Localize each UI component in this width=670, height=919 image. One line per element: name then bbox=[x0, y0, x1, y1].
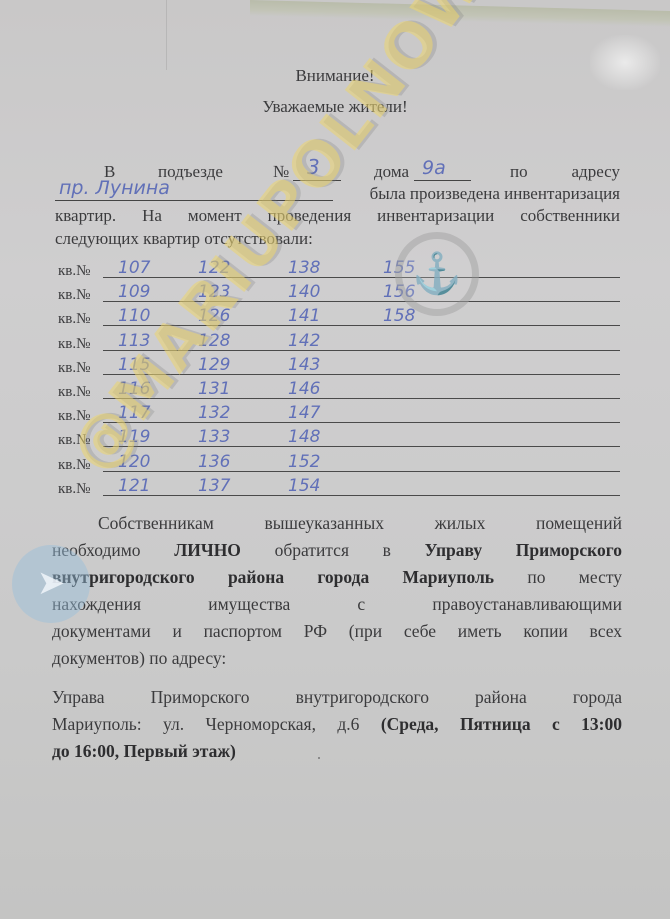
apartment-number: 132 bbox=[198, 403, 230, 423]
apartment-row: кв.№119133148 bbox=[58, 427, 620, 449]
fill-in-line bbox=[103, 422, 620, 423]
apartment-number: 122 bbox=[198, 258, 230, 278]
house-number-field: 9а bbox=[414, 162, 471, 181]
apartment-row: кв.№120136152 bbox=[58, 452, 620, 474]
apartment-number: 121 bbox=[118, 476, 150, 496]
instructions-line-3: внутригородского района города Мариуполь… bbox=[52, 564, 622, 591]
apartment-label: кв.№ bbox=[58, 336, 90, 353]
apartment-number: 143 bbox=[288, 355, 320, 375]
apartment-number: 133 bbox=[198, 427, 230, 447]
text-administration: Управу Приморского bbox=[425, 540, 622, 560]
apartment-number: 138 bbox=[288, 258, 320, 278]
apartment-number: 131 bbox=[198, 379, 230, 399]
apartment-label: кв.№ bbox=[58, 311, 90, 328]
entrance-number: 3 bbox=[307, 155, 320, 179]
apartment-label: кв.№ bbox=[58, 457, 90, 474]
instructions-line-2: необходимо ЛИЧНО обратится в Управу Прим… bbox=[52, 537, 622, 564]
apartment-number: 119 bbox=[118, 427, 150, 447]
notice-title: Внимание! bbox=[0, 66, 670, 86]
apartment-label: кв.№ bbox=[58, 287, 90, 304]
entrance-number-field: 3 bbox=[293, 162, 341, 181]
apartment-row: кв.№116131146 bbox=[58, 379, 620, 401]
apartment-number: 137 bbox=[198, 476, 230, 496]
instructions-paragraph: Собственникам вышеуказанных жилых помеще… bbox=[52, 510, 622, 672]
text-necessary: необходимо bbox=[52, 540, 141, 560]
intro-word-at: по bbox=[510, 162, 528, 182]
apartment-label: кв.№ bbox=[58, 360, 90, 377]
fill-in-line bbox=[103, 471, 620, 472]
text-personally: ЛИЧНО bbox=[174, 540, 241, 560]
intro-line-2: пр. Лунина была произведена инвентаризац… bbox=[55, 182, 620, 204]
address-line-1: Управа Приморского внутригородского райо… bbox=[52, 684, 622, 711]
instructions-line-5: документами и паспортом РФ (при себе име… bbox=[52, 618, 622, 645]
apartment-number: 156 bbox=[383, 282, 415, 302]
instructions-line-1: Собственникам вышеуказанных жилых помеще… bbox=[52, 510, 622, 537]
intro-word-address: адресу bbox=[572, 162, 621, 182]
fill-in-line bbox=[103, 325, 620, 326]
apartment-number: 152 bbox=[288, 452, 320, 472]
apartment-label: кв.№ bbox=[58, 408, 90, 425]
street-name: пр. Лунина bbox=[59, 177, 170, 199]
apartment-row: кв.№121137154 bbox=[58, 476, 620, 498]
fill-in-line bbox=[103, 446, 620, 447]
apartment-row: кв.№107122138155 bbox=[58, 258, 620, 280]
apartment-number: 117 bbox=[118, 403, 150, 423]
apartment-number: 136 bbox=[198, 452, 230, 472]
address-line-3: до 16:00, Первый этаж) bbox=[52, 738, 622, 765]
apartment-number: 158 bbox=[383, 306, 415, 326]
apartment-number: 147 bbox=[288, 403, 320, 423]
instructions-line-6: документов) по адресу: bbox=[52, 645, 622, 672]
text-apply-to: обратится в bbox=[275, 540, 391, 560]
paper-speck bbox=[318, 757, 320, 759]
fill-in-line bbox=[103, 350, 620, 351]
apartment-number: 155 bbox=[383, 258, 415, 278]
notice-subtitle: Уважаемые жители! bbox=[0, 97, 670, 117]
text-by-location: по месту bbox=[527, 567, 622, 587]
intro-line-4: следующих квартир отсутствовали: bbox=[55, 229, 313, 249]
apartment-number: 154 bbox=[288, 476, 320, 496]
office-hours: (Среда, Пятница с 13:00 bbox=[381, 714, 622, 734]
apartment-number: 115 bbox=[118, 355, 150, 375]
intro-line-3: квартир. На момент проведения инвентариз… bbox=[55, 206, 620, 226]
intro-after-street: была произведена инвентаризация bbox=[370, 184, 620, 204]
apartment-number: 146 bbox=[288, 379, 320, 399]
apartment-number: 116 bbox=[118, 379, 150, 399]
fill-in-line bbox=[103, 277, 620, 278]
fill-in-line bbox=[103, 398, 620, 399]
intro-word-house: дома bbox=[374, 162, 409, 182]
apartment-row: кв.№117132147 bbox=[58, 403, 620, 425]
apartment-label: кв.№ bbox=[58, 384, 90, 401]
fill-in-line bbox=[103, 495, 620, 496]
instructions-line-4: нахождения имущества с правоустанавливаю… bbox=[52, 591, 622, 618]
apartment-label: кв.№ bbox=[58, 263, 90, 280]
apartment-row: кв.№109123140156 bbox=[58, 282, 620, 304]
apartment-number: 129 bbox=[198, 355, 230, 375]
text-district: внутригородского района города Мариуполь bbox=[52, 567, 494, 587]
apartment-row: кв.№113128142 bbox=[58, 331, 620, 353]
apartment-label: кв.№ bbox=[58, 481, 90, 498]
apartment-label: кв.№ bbox=[58, 432, 90, 449]
apartment-number: 123 bbox=[198, 282, 230, 302]
address-paragraph: Управа Приморского внутригородского райо… bbox=[52, 684, 622, 765]
apartment-number: 107 bbox=[118, 258, 150, 278]
address-line-2: Мариуполь: ул. Черноморская, д.6 (Среда,… bbox=[52, 711, 622, 738]
street-field: пр. Лунина bbox=[55, 182, 333, 201]
apartment-number: 141 bbox=[288, 306, 320, 326]
intro-number-sign: № bbox=[273, 162, 289, 182]
apartment-number: 110 bbox=[118, 306, 150, 326]
fill-in-line bbox=[103, 301, 620, 302]
apartment-row: кв.№115129143 bbox=[58, 355, 620, 377]
house-number: 9а bbox=[422, 157, 446, 179]
notice-document: Внимание! Уважаемые жители! В подъезде №… bbox=[0, 0, 670, 919]
apartment-number: 128 bbox=[198, 331, 230, 351]
apartment-number: 126 bbox=[198, 306, 230, 326]
apartment-number: 142 bbox=[288, 331, 320, 351]
address-street: Мариуполь: ул. Черноморская, д.6 bbox=[52, 714, 359, 734]
fill-in-line bbox=[103, 374, 620, 375]
apartment-number: 140 bbox=[288, 282, 320, 302]
apartment-number: 109 bbox=[118, 282, 150, 302]
apartment-number: 113 bbox=[118, 331, 150, 351]
apartment-row: кв.№110126141158 bbox=[58, 306, 620, 328]
apartment-number: 120 bbox=[118, 452, 150, 472]
office-hours-end: до 16:00, Первый этаж) bbox=[52, 741, 236, 761]
apartment-number: 148 bbox=[288, 427, 320, 447]
